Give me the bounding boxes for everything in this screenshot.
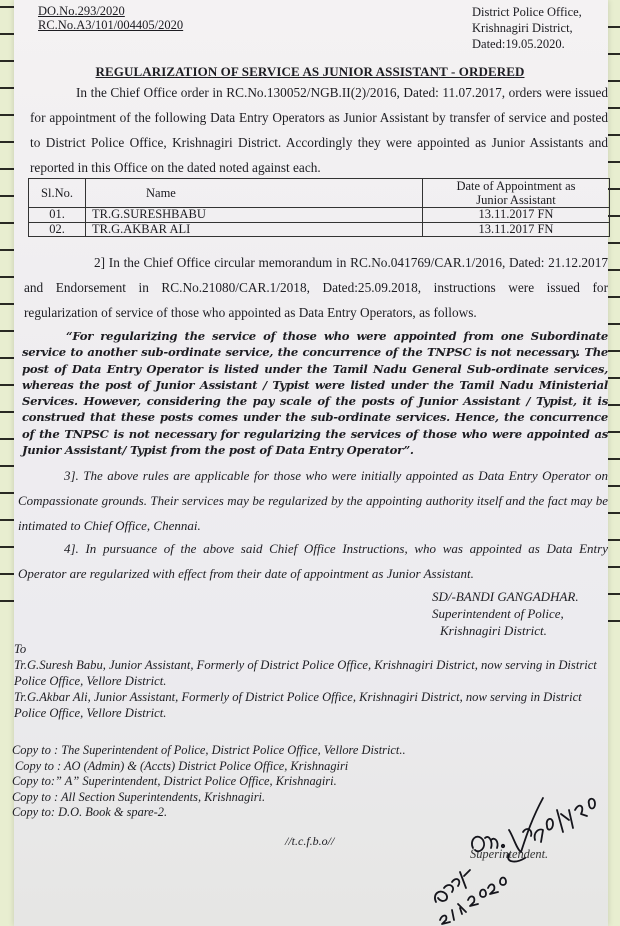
signatory-district: Krishnagiri District. — [432, 622, 579, 639]
row-date: 13.11.2017 FN — [423, 222, 610, 237]
row-slno: 01. — [29, 208, 86, 223]
to-label: To — [14, 641, 614, 657]
office-date: Dated:19.05.2020. — [472, 36, 582, 52]
quote-text: “For regularizing the service of those w… — [22, 329, 608, 457]
paragraph-2-text: 2] In the Chief Office circular memorand… — [24, 255, 608, 320]
do-number: DO.No.293/2020 — [38, 4, 125, 19]
paragraph-1-text: In the Chief Office order in RC.No.13005… — [30, 85, 608, 175]
office-address: District Police Office, Krishnagiri Dist… — [472, 4, 582, 52]
copy-to-item: Copy to : The Superintendent of Police, … — [12, 743, 406, 759]
row-date: 13.11.2017 FN — [423, 208, 610, 223]
paragraph-2: 2] In the Chief Office circular memorand… — [24, 250, 608, 325]
copy-to-list: Copy to : The Superintendent of Police, … — [12, 743, 406, 821]
office-name: District Police Office, — [472, 4, 582, 20]
recipient: Tr.G.Akbar Ali, Junior Assistant, Former… — [14, 689, 614, 721]
copy-to-item: Copy to:” A” Superintendent, District Po… — [12, 774, 406, 790]
quoted-instruction: “For regularizing the service of those w… — [22, 328, 608, 458]
paragraph-3-text: 3]. The above rules are applicable for t… — [18, 468, 608, 533]
paragraph-1: In the Chief Office order in RC.No.13005… — [30, 80, 608, 180]
true-copy-forwarded: //t.c.f.b.o// — [285, 834, 334, 849]
signatory-name: SD/-BANDI GANGADHAR. — [432, 588, 579, 605]
handwritten-initials-icon — [430, 858, 515, 926]
paragraph-3: 3]. The above rules are applicable for t… — [18, 463, 608, 538]
page-title: REGULARIZATION OF SERVICE AS JUNIOR ASSI… — [0, 64, 620, 80]
table-header-row: Sl.No. Name Date of Appointment asJunior… — [29, 179, 610, 208]
to-section: To Tr.G.Suresh Babu, Junior Assistant, F… — [14, 641, 614, 721]
col-date: Date of Appointment asJunior Assistant — [423, 179, 610, 208]
copy-to-item: Copy to : All Section Superintendents, K… — [12, 790, 406, 806]
appointment-table: Sl.No. Name Date of Appointment asJunior… — [28, 178, 610, 237]
col-name: Name — [86, 179, 423, 208]
signature-block: SD/-BANDI GANGADHAR. Superintendent of P… — [432, 588, 579, 639]
row-slno: 02. — [29, 222, 86, 237]
table-row: 01. TR.G.SURESHBABU 13.11.2017 FN — [29, 208, 610, 223]
paragraph-4: 4]. In pursuance of the above said Chief… — [18, 536, 608, 586]
handwritten-signature-icon — [465, 770, 615, 865]
paragraph-4-text: 4]. In pursuance of the above said Chief… — [18, 541, 608, 581]
row-name: TR.G.AKBAR ALI — [86, 222, 423, 237]
signatory-designation: Superintendent of Police, — [432, 605, 579, 622]
rc-number: RC.No.A3/101/004405/2020 — [38, 18, 183, 33]
table-row: 02. TR.G.AKBAR ALI 13.11.2017 FN — [29, 222, 610, 237]
recipient: Tr.G.Suresh Babu, Junior Assistant, Form… — [14, 657, 614, 689]
row-name: TR.G.SURESHBABU — [86, 208, 423, 223]
copy-to-item: Copy to: D.O. Book & spare-2. — [12, 805, 406, 821]
col-slno: Sl.No. — [29, 179, 86, 208]
copy-to-item: Copy to : AO (Admin) & (Accts) District … — [12, 759, 406, 775]
office-district: Krishnagiri District, — [472, 20, 582, 36]
